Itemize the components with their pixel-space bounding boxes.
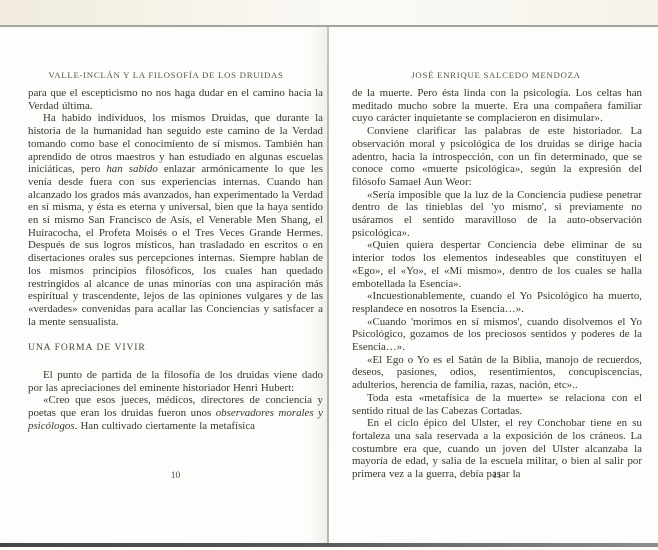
page-right-body: de la muerte. Pero ésta linda con la psi… [352,87,642,481]
paragraph-group-after-heading: El punto de partida de la filosofía de l… [28,369,323,433]
paragraph: para que el escepticismo no nos haga dud… [28,87,323,112]
paragraph-group: de la muerte. Pero ésta linda con la psi… [352,87,642,481]
spine-shadow [309,27,327,544]
paragraph: de la muerte. Pero ésta linda con la psi… [352,87,642,125]
page-number-left: 10 [28,471,323,481]
paragraph-group-before-heading: para que el escepticismo no nos haga dud… [28,87,323,328]
page-left-body: para que el escepticismo no nos haga dud… [28,87,323,433]
paragraph: «Sería imposible que la luz de la Concie… [352,189,642,240]
book-spine-gutter [327,27,329,544]
book-scan: VALLE-INCLÁN Y LA FILOSOFÍA DE LOS DRUID… [0,0,658,550]
paragraph: «El Ego o Yo es el Satán de la Biblia, m… [352,354,642,392]
running-header-right: JOSÉ ENRIQUE SALCEDO MENDOZA [351,70,641,80]
paragraph: «Incuestionablemente, cuando el Yo Psico… [352,290,642,315]
paragraph: Conviene clarificar las palabras de este… [352,125,642,189]
scan-top-edge [0,0,658,27]
paragraph: «Cuando 'morimos en sí mismos', cuando d… [352,316,642,354]
page-left: VALLE-INCLÁN Y LA FILOSOFÍA DE LOS DRUID… [0,27,327,543]
page-number-right: 11 [352,471,642,481]
paragraph: «Creo que esos jueces, médicos, director… [28,394,323,432]
paragraph: Ha habido individuos, los mismos Druidas… [28,112,323,328]
paragraph: «Quien quiera despertar Conciencia debe … [352,239,642,290]
page-right: JOSÉ ENRIQUE SALCEDO MENDOZA de la muert… [329,27,658,543]
section-heading: UNA FORMA DE VIVIR [28,342,323,355]
paragraph: El punto de partida de la filosofía de l… [28,369,323,394]
running-header-left: VALLE-INCLÁN Y LA FILOSOFÍA DE LOS DRUID… [24,70,308,80]
paragraph: Toda esta «metafísica de la muerte» se r… [352,392,642,417]
scan-bottom-edge [0,543,658,547]
